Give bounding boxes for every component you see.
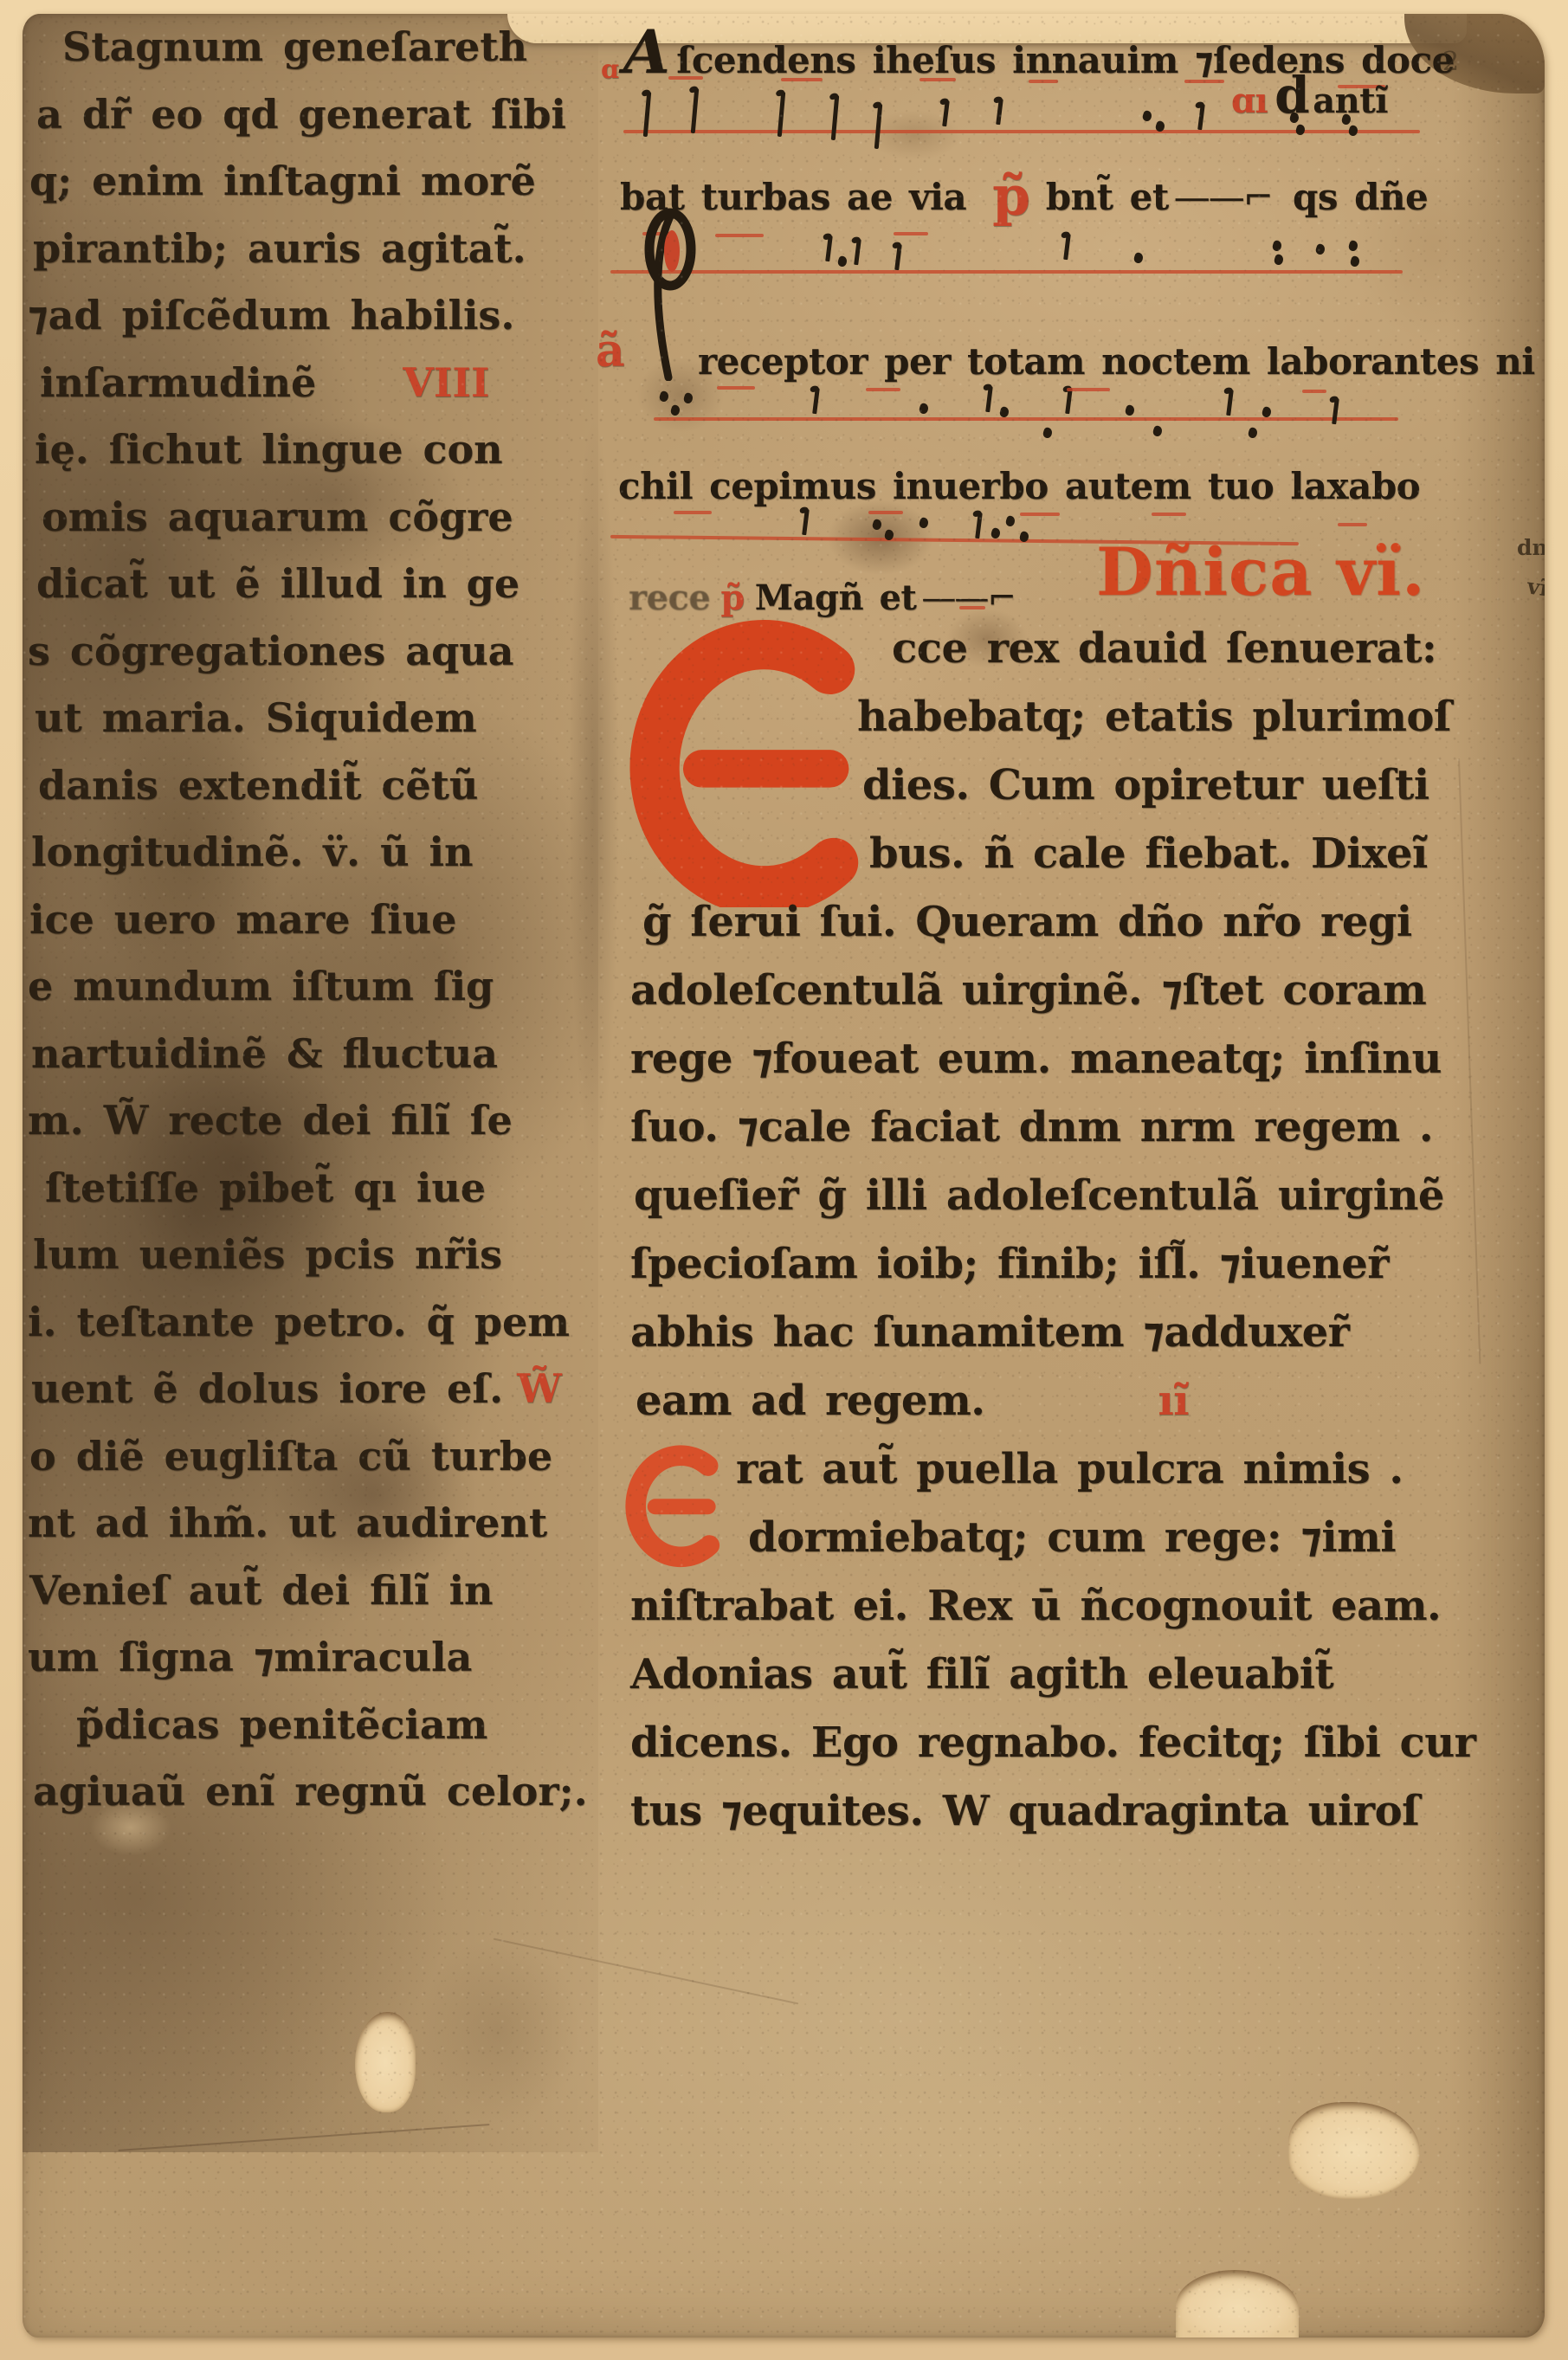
red-dash (920, 78, 956, 81)
text-segment: rege ⁊foueat eum. maneatq; inſinu (630, 1025, 1442, 1093)
neume-mark (825, 235, 833, 261)
text-segment: ſcendens iheſus innauim ⁊ſedens doce (676, 40, 1455, 81)
red-dash (1302, 390, 1326, 393)
text-segment: omis aquarum cõgre (42, 484, 513, 551)
text-segment: dormiebatq; cum rege: ⁊imi (748, 1504, 1396, 1572)
text-segment: eam ad regem. (636, 1367, 984, 1435)
rubric-a-margin: ã (596, 326, 624, 377)
parchment-hole (355, 2012, 416, 2112)
stain (807, 486, 954, 590)
text-segment: ſuo. ⁊cale faciat dnm nrm regem . (630, 1093, 1433, 1162)
text-segment: habebatq; etatis plurimoſ (857, 683, 1451, 751)
text-line: m. W̃ recte dei filı̃ ſe (28, 1087, 592, 1155)
text-line: ię. ſichut lingue con (28, 416, 592, 484)
text-segment: ſpecioſam ioib; finib; iſl̃. ⁊iuener̃ (630, 1230, 1389, 1299)
text-line: longitudinẽ. v̈. ũ in (28, 819, 592, 887)
text-segment: rat aut̃ puella pulcra nimis . (736, 1435, 1403, 1504)
text-line: inſarmudinẽVIII (28, 350, 592, 417)
parchment-top-edge (507, 14, 1467, 43)
text-line: rat aut̃ puella pulcra nimis . (606, 1435, 1524, 1504)
stain (629, 1988, 1321, 2299)
red-dash (1184, 80, 1224, 83)
text-segment: Adonias aut̃ filı̃ agith eleuabit̃ (630, 1641, 1333, 1709)
red-dash (674, 511, 712, 514)
text-line: ſpecioſam ioib; finib; iſl̃. ⁊iuener̃ (606, 1230, 1524, 1299)
text-segment: ——⌐ (921, 578, 1015, 618)
text-segment: lum ueniẽs pcis nr̃is (33, 1222, 502, 1289)
neume-mark (1332, 398, 1339, 424)
text-line: p̃dicas penitẽciam (28, 1692, 592, 1759)
folio-number: 2 (1442, 47, 1459, 77)
text-segment: dicat̃ ut ẽ illud in ge (36, 551, 519, 618)
page-heading: Dñica vï. (1096, 533, 1426, 610)
neume-mark (1340, 113, 1352, 126)
neume-mark (643, 92, 652, 137)
text-line: lum ueniẽs pcis nr̃is (28, 1222, 592, 1289)
text-segment: ã (596, 326, 624, 377)
chant-line-3: receptor per totam noctem laborantes ni (698, 341, 1535, 383)
text-line: dicens. Ego regnabo. fecitq; ſibi cur (606, 1709, 1524, 1777)
neume-mark (1042, 427, 1053, 440)
text-segment: bnt̃ et (1046, 177, 1169, 218)
text-line: uent ẽ dolus iore eſ.W̃ (28, 1356, 592, 1423)
text-line: dormiebatq; cum rege: ⁊imi (606, 1504, 1524, 1572)
neume-mark (998, 406, 1010, 419)
red-dash (668, 76, 703, 80)
red-dash (959, 606, 985, 609)
chant-cue-line: recep̃Magñ et——⌐ (629, 578, 1015, 618)
neume-mark (871, 519, 882, 532)
text-segment: receptor per totam noctem laborantes ni (698, 341, 1535, 383)
text-segment: rece (629, 578, 710, 618)
manuscript-page: Stagnum geneſaretha dr̃ eo qd generat ſi… (23, 14, 1545, 2337)
neume-mark (874, 104, 883, 149)
neume-mark (658, 390, 669, 403)
corner-fold (1404, 14, 1545, 93)
text-segment: ıı̃ (1158, 1367, 1188, 1435)
text-segment: um ſigna ⁊miracula (28, 1624, 472, 1692)
parchment-edge-notch (1176, 2270, 1299, 2337)
red-dash (868, 511, 903, 514)
text-segment: nt ad ihm̃. ut audirent (28, 1490, 547, 1557)
text-line: a dr̃ eo qd generat ſibi (28, 81, 592, 149)
text-segment: p̃dicas penitẽciam (76, 1692, 487, 1759)
neume-mark (1004, 515, 1016, 528)
neume-mark (778, 92, 786, 137)
text-segment: o diẽ eugliſta cũ turbe (29, 1423, 552, 1491)
text-segment: ię. ſichut lingue con (35, 416, 503, 484)
text-segment: ——⌐ (1174, 177, 1272, 218)
margin-note: vı̃ (1526, 573, 1545, 601)
neume-mark (1314, 243, 1326, 256)
text-segment: ɑı (1231, 81, 1268, 121)
neume-mark (854, 239, 861, 265)
chant-line-4: chil cepimus inuerbo autem tuo laxabo (618, 466, 1420, 507)
neume-mark (1018, 531, 1029, 544)
text-segment: chil cepimus inuerbo autem tuo laxabo (618, 466, 1420, 507)
text-line: rege ⁊foueat eum. maneatq; inſinu (606, 1025, 1524, 1093)
text-segment: niſtrabat ei. Rex ū ñcognouit eam. (630, 1572, 1441, 1641)
text-segment: tus ⁊equites. W quadraginta uiroſ (630, 1777, 1419, 1846)
red-dash (715, 234, 764, 237)
text-segment: p̃ (720, 578, 744, 618)
text-segment: bus. ñ cale fiebat. Dixeı̃ (869, 820, 1428, 888)
text-line: Venieſ aut̃ dei filı̃ in (28, 1557, 592, 1625)
red-dash (1152, 513, 1186, 516)
text-segment: ice uero mare ſiue (29, 887, 456, 954)
neume-mark (1349, 255, 1360, 268)
neume-mark (682, 392, 694, 405)
parchment-hole (1288, 2102, 1420, 2199)
red-dash (866, 388, 900, 391)
text-segment: W̃ (517, 1356, 562, 1423)
neume-mark (831, 95, 840, 140)
text-line: ice uero mare ſiue (28, 887, 592, 954)
neume-mark (802, 509, 810, 535)
text-line: ſtetiſſe pibet̃ qı iue (28, 1155, 592, 1222)
text-segment: ⁊ad piſcẽdum habilis. (28, 282, 514, 350)
text-line: dicat̃ ut ẽ illud in ge (28, 551, 592, 618)
neume-mark (942, 100, 950, 126)
neume-mark (1271, 240, 1282, 253)
text-segment: Magñ et (755, 578, 917, 618)
red-dash (1338, 85, 1385, 88)
text-segment: e mundum iſtum ſig (28, 953, 494, 1021)
text-segment: ut maria. Siquidem (35, 685, 477, 752)
crease-line (118, 2124, 489, 2151)
text-line: ſuo. ⁊cale faciat dnm nrm regem . (606, 1093, 1524, 1162)
red-dash (1338, 523, 1367, 526)
neume-mark (1152, 425, 1163, 438)
text-segment: qs dñe (1293, 177, 1428, 218)
neume-mark (1154, 120, 1165, 133)
neume-mark (1063, 234, 1071, 260)
text-line: adoleſcentulã uirginẽ. ⁊ſtet coram (606, 957, 1524, 1025)
chant-line-2: bat turbas ae viap̃bnt̃ et——⌐qs dñe (620, 177, 1428, 218)
staff-line (623, 130, 1420, 133)
text-segment: Stagnum geneſareth (62, 14, 527, 81)
text-segment: g̃ ſerui ſui. Queram dño nr̃o regi (642, 888, 1412, 957)
text-segment: s cõgregationes aqua (28, 618, 514, 686)
left-text-column: Stagnum geneſaretha dr̃ eo qd generat ſi… (28, 14, 592, 1826)
text-line: agiuaũ enı̃ regnũ celor;. (28, 1758, 592, 1826)
crease-line (494, 1938, 799, 2005)
text-line: niſtrabat ei. Rex ū ñcognouit eam. (606, 1572, 1524, 1641)
neume-mark (1226, 390, 1234, 416)
text-line: pirantib; auris agitat̃. (28, 216, 592, 283)
text-line: ⁊ad piſcẽdum habilis. (28, 282, 592, 350)
chant-line-1: Aſcendens iheſus innauim ⁊ſedens doce (623, 40, 1455, 81)
staff-line (654, 417, 1398, 421)
margin-note: dnı̃ (1517, 535, 1545, 560)
neume-mark (1261, 406, 1272, 419)
red-dash (781, 78, 823, 81)
neume-mark (812, 388, 820, 414)
text-segment: antı̃ (1313, 81, 1388, 121)
neume-mark (1347, 240, 1358, 253)
red-dash (717, 386, 755, 390)
neume-mark (918, 403, 929, 416)
text-segment: abhis hac ſunamitem ⁊adduxer̃ (630, 1299, 1349, 1367)
text-segment: cce rex dauid ſenuerat: (892, 615, 1436, 683)
neume-mark (669, 404, 681, 417)
text-segment: inſarmudinẽ (40, 350, 316, 417)
neume-mark (1197, 104, 1205, 130)
text-segment: ɑ (601, 55, 618, 86)
neume-mark (836, 255, 848, 268)
rubric-a-tick: ɑ (601, 55, 618, 86)
text-line: g̃ ſerui ſui. Queram dño nr̃o regi (606, 888, 1524, 957)
neume-mark (918, 517, 929, 530)
text-line: um ſigna ⁊miracula (28, 1624, 592, 1692)
text-line: cce rex dauid ſenuerat: (606, 615, 1524, 683)
text-line: omis aquarum cõgre (28, 484, 592, 551)
text-segment: agiuaũ enı̃ regnũ celor;. (33, 1758, 588, 1826)
text-line: habebatq; etatis plurimoſ (606, 683, 1524, 751)
stain (386, 1901, 611, 2161)
text-line: e mundum iſtum ſig (28, 953, 592, 1021)
text-segment: q; enim inſtagni morẽ (29, 148, 536, 216)
red-dash (894, 232, 928, 235)
text-segment: danis extendit̃ cẽtũ (38, 752, 478, 820)
text-segment: ſtetiſſe pibet̃ qı iue (45, 1155, 486, 1222)
stain (1321, 118, 1545, 377)
text-segment: pirantib; auris agitat̃. (33, 216, 526, 283)
neume-mark (1132, 252, 1144, 265)
backing-board: Stagnum geneſaretha dr̃ eo qd generat ſi… (0, 0, 1568, 2360)
text-segment: Venieſ aut̃ dei filı̃ in (29, 1557, 493, 1625)
text-line: abhis hac ſunamitem ⁊adduxer̃ (606, 1299, 1524, 1367)
stain (849, 100, 979, 170)
text-segment: uent ẽ dolus iore eſ. (31, 1356, 503, 1423)
text-segment: m. W̃ recte dei filı̃ ſe (28, 1087, 513, 1155)
text-segment: a dr̃ eo qd generat ſibi (36, 81, 566, 149)
red-dash (1029, 80, 1058, 83)
text-line: ut maria. Siquidem (28, 685, 592, 752)
text-line: danis extendit̃ cẽtũ (28, 752, 592, 820)
text-line: s cõgregationes aqua (28, 618, 592, 686)
neume-mark (1247, 427, 1258, 440)
text-segment: dies. Cum opiretur ueſti (862, 751, 1429, 820)
neume-mark (1124, 404, 1135, 417)
text-line: o diẽ eugliſta cũ turbe (28, 1423, 592, 1491)
neume-mark (990, 527, 1001, 540)
text-line: i. teſtante petro. q̃ pem (28, 1289, 592, 1357)
neume-mark (985, 386, 993, 412)
initial-P (639, 208, 700, 381)
text-segment: i. teſtante petro. q̃ pem (28, 1289, 570, 1357)
neume-mark (894, 244, 902, 270)
text-line: queſier̃ g̃ illi adoleſcentulã uirginẽ (606, 1162, 1524, 1230)
text-line: tus ⁊equites. W quadraginta uiroſ (606, 1777, 1524, 1846)
text-segment: VIII (403, 350, 489, 417)
text-line: bus. ñ cale fiebat. Dixeı̃ (606, 820, 1524, 888)
text-segment: queſier̃ g̃ illi adoleſcentulã uirginẽ (634, 1162, 1444, 1230)
red-dash (1067, 388, 1110, 391)
red-dash (1020, 513, 1060, 516)
text-segment: nartuidinẽ & fluctua (31, 1021, 498, 1088)
neume-mark (1294, 124, 1306, 137)
neume-mark (975, 513, 983, 538)
staff-line (610, 270, 1403, 274)
neume-mark (691, 88, 700, 133)
main-text-column: cce rex dauid ſenuerat:habebatq; etatis … (606, 615, 1524, 1846)
text-segment: adoleſcentulã uirginẽ. ⁊ſtet coram (630, 957, 1426, 1025)
neume-mark (996, 99, 1003, 125)
text-line: nartuidinẽ & fluctua (28, 1021, 592, 1088)
neume-mark (1141, 110, 1152, 123)
text-line: Adonias aut̃ filı̃ agith eleuabit̃ (606, 1641, 1524, 1709)
neume-mark (1347, 125, 1358, 138)
neume-mark (883, 529, 894, 542)
chant-line-1-end: ɑıdantı̃ (1231, 81, 1388, 121)
text-line: eam ad regem.ıı̃ (606, 1367, 1524, 1435)
text-line: dies. Cum opiretur ueſti (606, 751, 1524, 820)
neume-mark (1273, 254, 1284, 267)
text-line: Stagnum geneſareth (28, 14, 592, 81)
text-segment: dicens. Ego regnabo. fecitq; ſibi cur (630, 1709, 1475, 1777)
text-line: nt ad ihm̃. ut audirent (28, 1490, 592, 1557)
text-line: q; enim inſtagni morẽ (28, 148, 592, 216)
neume-mark (1288, 112, 1300, 125)
text-segment: longitudinẽ. v̈. ũ in (31, 819, 473, 887)
neume-mark (1065, 388, 1073, 414)
